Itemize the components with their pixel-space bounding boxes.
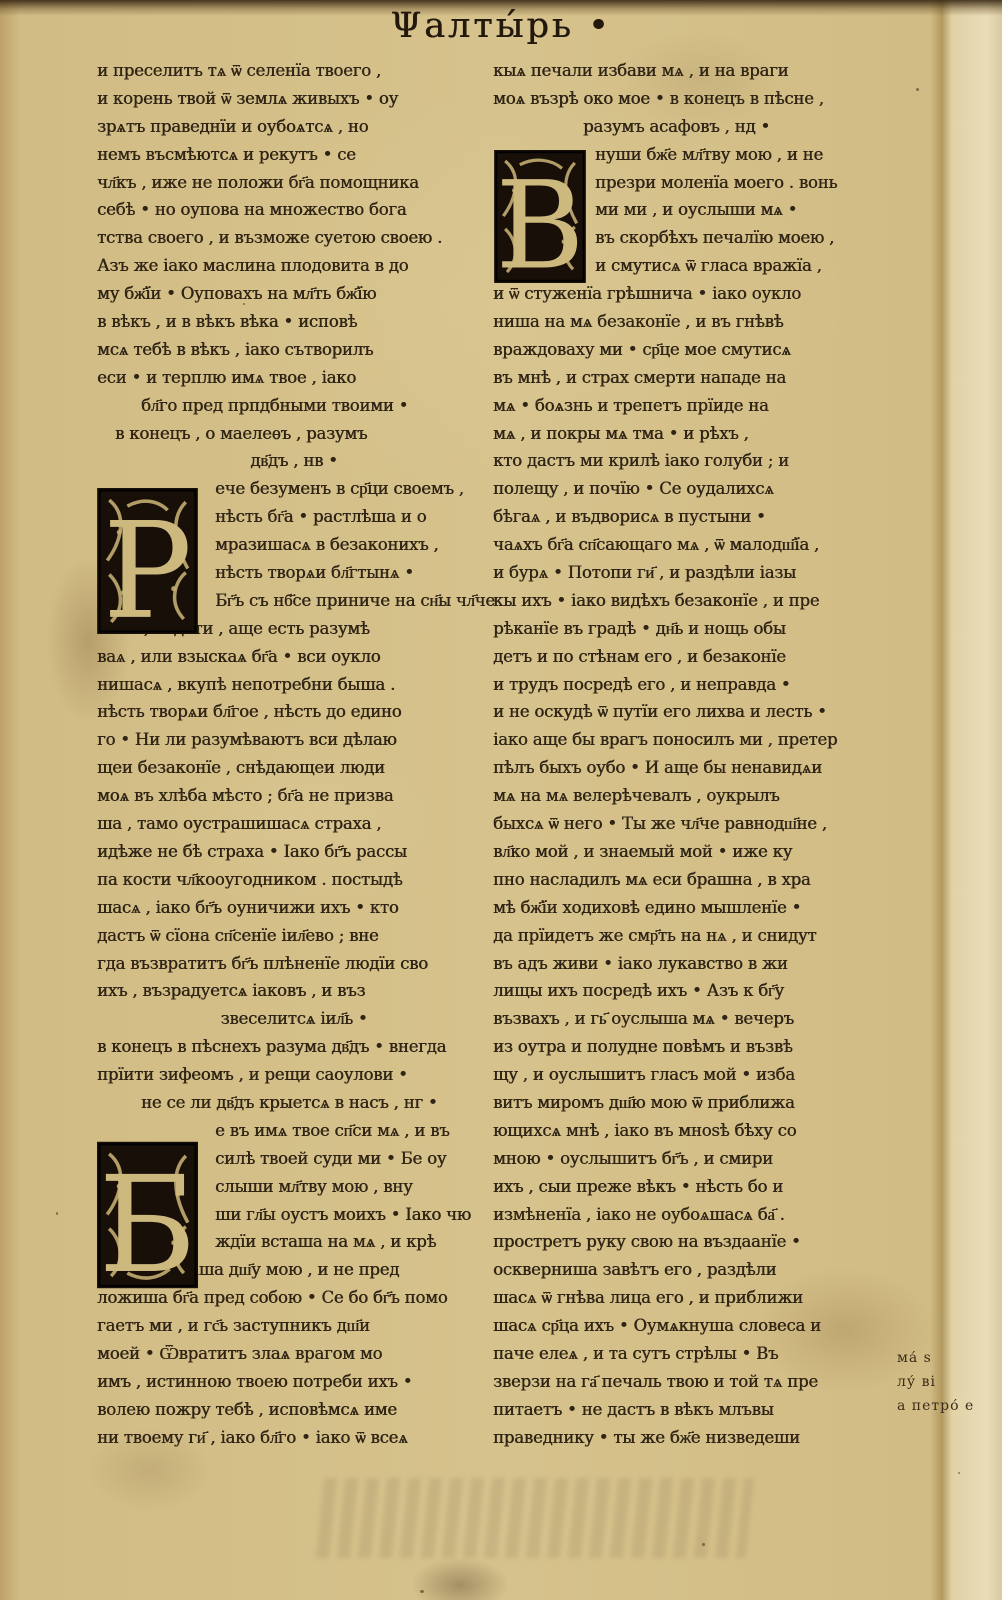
text-line: бл҃го пред прпдбными твоими • (141, 392, 491, 420)
text-line: моей • Ѿвратитъ злаѧ врагом мо (97, 1340, 491, 1368)
text-line: и не оскудѣ ѿ путїи его лихва и лесть • (493, 698, 893, 726)
text-line: ече безуменъ в ср҃ци своемъ , (215, 475, 491, 503)
ornate-initial-r-art: Р (97, 488, 198, 634)
text-line: ющихсѧ мнѣ , іако въ мноѕѣ бѣху со (493, 1117, 893, 1145)
text-line: полещу , и почїю • Се оудалихсѧ (493, 475, 893, 503)
text-line: чаѧхъ бг҃а сп҃сающаго мѧ , ѿ малодш҃їа , (493, 531, 893, 559)
text-line: щеи безаконїе , снѣдающеи люди (97, 754, 491, 782)
text-line: бѣгаѧ , и въдворисѧ в пустыни • (493, 503, 893, 531)
text-line: щу , и оуслышитъ гласъ мой • изба (493, 1061, 893, 1089)
text-line: го • Ни ли разумѣваютъ вси дѣлаю (97, 726, 491, 754)
text-line: мѧ , и покры мѧ тма • и рѣхъ , (493, 420, 893, 448)
text-line: лищы ихъ посредѣ ихъ • Азъ к бг҃у (493, 977, 893, 1005)
ink-speck (56, 1212, 58, 1215)
text-line: възвахъ , и гь҃ оуслыша мѧ • вечеръ (493, 1005, 893, 1033)
text-line: презри моленїа моего . вонь (595, 169, 893, 197)
svg-text:Р: Р (103, 495, 192, 634)
text-line: оскверниша завѣтъ его , раздѣли (493, 1256, 893, 1284)
text-line: мразишасѧ в безаконихъ , (215, 531, 491, 559)
text-line: немъ въсмѣютсѧ и рекутъ • се (97, 141, 491, 169)
text-line: чл҃къ , иже не положи бг҃а помощника (97, 169, 491, 197)
svg-text:Б: Б (99, 1148, 197, 1289)
text-line: кы ихъ • іако видѣхъ безаконїе , и пре (493, 587, 893, 615)
text-line: силѣ твоей суди ми • Бе оу (215, 1145, 491, 1173)
text-line: шасѧ ѿ гнѣва лица его , и приближи (493, 1284, 893, 1312)
text-line: быхсѧ ѿ него • Ты же чл҃че равнодш҃не , (493, 810, 893, 838)
text-line: простретъ руку свою на въздаанїе • (493, 1228, 893, 1256)
text-line: ихъ , сыи преже вѣкъ • нѣсть бо и (493, 1173, 893, 1201)
text-line: и смутисѧ ѿ гласа вражїа , (595, 252, 893, 280)
text-line: кто дастъ ми крилѣ іако голуби ; и (493, 447, 893, 475)
ink-speck (420, 1590, 424, 1593)
ink-speck (916, 88, 919, 91)
text-line: ми ми , и оуслыши мѧ • (595, 196, 893, 224)
text-line: шасѧ ср҃ца ихъ • Оумѧкнуша словеса и (493, 1312, 893, 1340)
text-line: имъ , истинною твоею потреби ихъ • (97, 1368, 491, 1396)
text-line: паче елеѧ , и та сутъ стрѣлы • Въ (493, 1340, 893, 1368)
text-line: себѣ • но оупова на множество бога (97, 196, 491, 224)
text-line: зверзи на га҃ печаль твою и той тѧ пре (493, 1368, 893, 1396)
text-line: ниша на мѧ безаконїе , и въ гнѣвѣ (493, 308, 893, 336)
text-line: Бг҃ъ съ нб҃се приниче на сн҃ы чл҃че (215, 587, 491, 615)
text-line: тства своего , и възможе суетою своею . (97, 224, 491, 252)
ornate-initial-b-art: Б (97, 1141, 198, 1289)
text-line: ша , тамо оустрашишасѧ страха , (97, 810, 491, 838)
text-line: измѣненїа , іако не оубоѧшасѧ ба҃ . (493, 1201, 893, 1229)
text-line: пно насладилъ мѧ еси брашна , в хра (493, 866, 893, 894)
text-line: въ скорбѣхъ печалїю моею , (595, 224, 893, 252)
text-line: дв҃дъ , нв • (97, 447, 491, 475)
text-line: в конецъ в пѣснехъ разума дв҃дъ • внегда (97, 1033, 491, 1061)
text-line: нѣсть творѧи бл҃гое , нѣсть до едино (97, 698, 491, 726)
text-line: мною • оуслышитъ бг҃ъ , и смири (493, 1145, 893, 1173)
text-line: нишасѧ , вкупѣ непотребни быша . (97, 671, 491, 699)
text-line: въ мнѣ , и страх смерти нападе на (493, 364, 893, 392)
text-line: еси • и терплю имѧ твое , іако (97, 364, 491, 392)
text-line: волею пожру тебѣ , исповѣмсѧ име (97, 1396, 491, 1424)
marginal-note-line: ма́ ѕ (897, 1346, 997, 1370)
text-line: іако аще бы врагъ поносилъ ми , претер (493, 726, 893, 754)
text-line: в конецъ , о маелеѳъ , разумъ (115, 420, 491, 448)
text-line: слыши мл҃тву мою , вну (215, 1173, 491, 1201)
text-line: ваѧ , или взыскаѧ бг҃а • вси оукло (97, 643, 491, 671)
text-line: гаетъ ми , и гс҃ь заступникъ дш҃и (97, 1312, 491, 1340)
text-line: из оутра и полудне повѣмъ и възвѣ (493, 1033, 893, 1061)
text-line: ждїи всташа на мѧ , и крѣ (215, 1228, 491, 1256)
text-line: кыѧ печали избави мѧ , и на враги (493, 57, 893, 85)
text-line: разумъ асафовъ , нд • (583, 113, 893, 141)
manuscript-page: Ψалты́рь • и преселитъ тѧ ѿ селенїа твое… (0, 0, 1002, 1600)
text-line: рѣканїе въ градѣ • дн҃ь и нощь обы (493, 615, 893, 643)
text-line: шасѧ , іако бг҃ъ оуничижи ихъ • кто (97, 894, 491, 922)
text-line: ши гл҃ы оустъ моихъ • Іако чю (215, 1201, 491, 1229)
marginal-note: ма́ ѕ лу́ ві а петро́ е (897, 1346, 997, 1418)
text-line: в вѣкъ , и в вѣкъ вѣка • исповѣ (97, 308, 491, 336)
text-line: му бж҃їи • Оуповахъ на мл҃ть бж҃їю (97, 280, 491, 308)
marginal-note-line: а петро́ е (897, 1394, 997, 1418)
text-line: питаетъ • не дастъ в вѣкъ млъвы (493, 1396, 893, 1424)
ornate-initial-r: Р (97, 488, 198, 634)
svg-text:В: В (496, 155, 585, 283)
text-line: идѣже не бѣ страха • Іако бг҃ъ рассы (97, 838, 491, 866)
text-line: не се ли дв҃дъ крыетсѧ в насъ , нг • (141, 1089, 491, 1117)
text-line: витъ миромъ дш҃ю мою ѿ приближа (493, 1089, 893, 1117)
text-line: вл҃ко мой , и знаемый мой • иже ку (493, 838, 893, 866)
text-line: ни твоему ги҃ , іако бл҃го • іако ѿ всеѧ (97, 1424, 491, 1452)
text-line: зрѧтъ праведнїи и оубоѧтсѧ , но (97, 113, 491, 141)
ink-showthrough (316, 1478, 754, 1558)
text-line: гда възвратитъ бг҃ъ плѣненїе людїи сво (97, 950, 491, 978)
text-line: прїити зифеомъ , и рещи саоулови • (97, 1061, 491, 1089)
text-line: моѧ възрѣ око мое • в конецъ в пѣсне , (493, 85, 893, 113)
text-line: пѣлъ быхъ оубо • И аще бы ненавидѧи (493, 754, 893, 782)
text-line: ихъ , възрадуетсѧ іаковъ , и въз (97, 977, 491, 1005)
text-line: нуши бж҃е мл҃тву мою , и не (595, 141, 893, 169)
text-line: враждоваху ми • ср҃це мое смутисѧ (493, 336, 893, 364)
ink-speck (702, 1543, 705, 1546)
text-line: дастъ ѿ сїона сп҃сенїе іил҃ево ; вне (97, 922, 491, 950)
text-line: мѧ на мѧ велерѣчевалъ , оукрылъ (493, 782, 893, 810)
text-line: въ адъ живи • іако лукавство в жи (493, 950, 893, 978)
text-line: и трудъ посредѣ его , и неправда • (493, 671, 893, 699)
ornate-initial-b: Б (97, 1141, 198, 1289)
text-line: е въ имѧ твое сп҃си мѧ , и въ (215, 1117, 491, 1145)
text-line: моѧ въ хлѣба мѣсто ; бг҃а не призва (97, 782, 491, 810)
text-line: и ѿ стуженїа грѣшнича • іако оукло (493, 280, 893, 308)
text-line: и преселитъ тѧ ѿ селенїа твоего , (97, 57, 491, 85)
text-line: нѣсть творѧи бл҃гтынѧ • (215, 559, 491, 587)
text-line: праведнику • ты же бж҃е низведеши (493, 1424, 893, 1452)
text-line: мсѧ тебѣ в вѣкъ , іако сътворилъ (97, 336, 491, 364)
ink-speck (243, 303, 245, 305)
marginal-note-line: лу́ ві (897, 1370, 997, 1394)
text-line: звеселитсѧ іил҃ь • (97, 1005, 491, 1033)
text-line: мѣ бж҃їи ходиховѣ едино мышленїе • (493, 894, 893, 922)
text-line: и корень твой ѿ землѧ живыхъ • оу (97, 85, 491, 113)
text-line: да прїидетъ же смр҃ть на нѧ , и снидут (493, 922, 893, 950)
text-line: па кости чл҃кооугодником . постыдѣ (97, 866, 491, 894)
text-line: нѣсть бг҃а • растлѣша и о (215, 503, 491, 531)
text-line: и бурѧ • Потопи ги҃ , и раздѣли іазы (493, 559, 893, 587)
ornate-initial-v-art: В (494, 150, 586, 283)
ink-speck (958, 1472, 960, 1474)
text-line: мѧ • боѧзнь и трепетъ прїиде на (493, 392, 893, 420)
text-line: детъ и по стѣнам его , и безаконїе (493, 643, 893, 671)
page-title: Ψалты́рь • (0, 6, 1002, 46)
ornate-initial-v: В (494, 150, 586, 283)
text-line: Азъ же іако маслина плодовита в до (97, 252, 491, 280)
